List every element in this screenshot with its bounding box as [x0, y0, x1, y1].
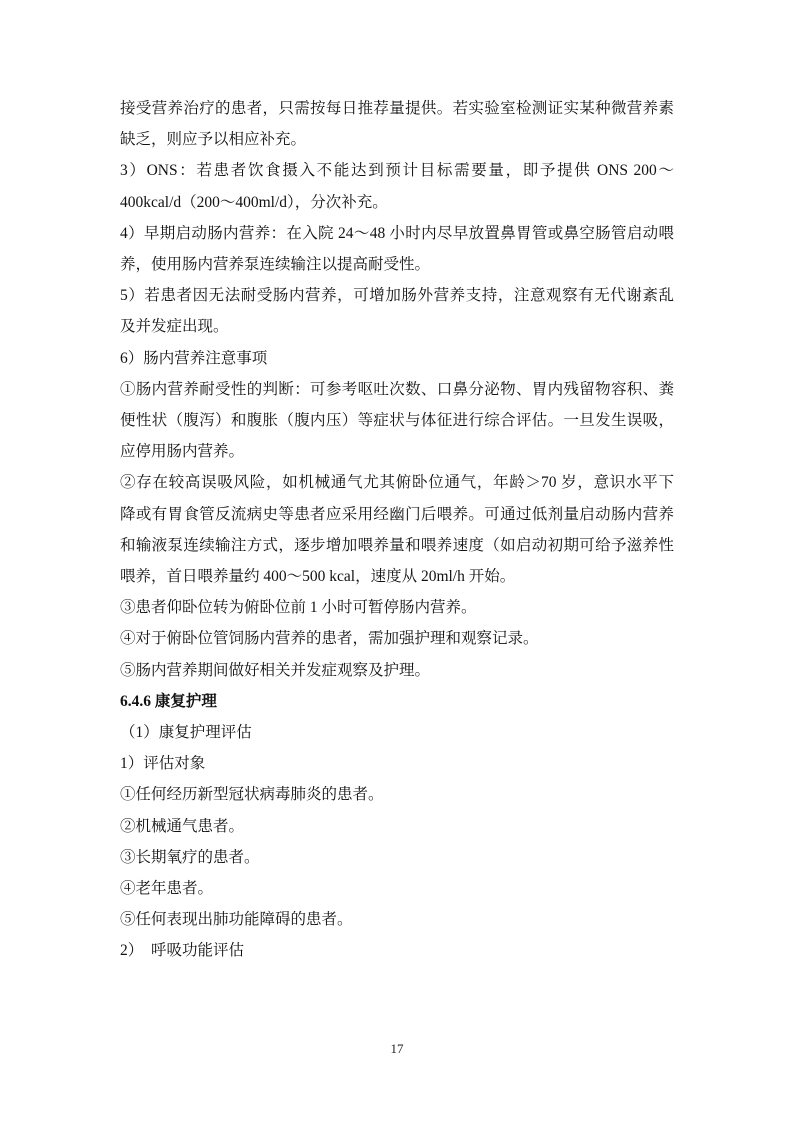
- text-line: ⑤肠内营养期间做好相关并发症观察及护理。: [120, 655, 674, 686]
- text-line: 便性状（腹泻）和腹胀（腹内压）等症状与体征进行综合评估。一旦发生误吸，: [120, 405, 674, 436]
- text-line: 降或有胃食管反流病史等患者应采用经幽门后喂养。可通过低剂量启动肠内营养: [120, 499, 674, 530]
- text-line: 4）早期启动肠内营养：在入院 24～48 小时内尽早放置鼻胃管或鼻空肠管启动喂: [120, 218, 674, 249]
- text-line: 喂养，首日喂养量约 400～500 kcal，速度从 20ml/h 开始。: [120, 561, 674, 592]
- text-line: ③长期氧疗的患者。: [120, 842, 674, 873]
- document-page: 接受营养治疗的患者，只需按每日推荐量提供。若实验室检测证实某种微营养素 缺乏，则…: [0, 0, 794, 1123]
- text-line: ⑤任何表现出肺功能障碍的患者。: [120, 904, 674, 935]
- text-line: ①肠内营养耐受性的判断：可参考呕吐次数、口鼻分泌物、胃内残留物容积、粪: [120, 374, 674, 405]
- section-heading: 6.4.6 康复护理: [120, 686, 674, 717]
- document-body: 接受营养治疗的患者，只需按每日推荐量提供。若实验室检测证实某种微营养素 缺乏，则…: [120, 93, 674, 967]
- text-line: 2） 呼吸功能评估: [120, 935, 674, 966]
- text-line: ②机械通气患者。: [120, 811, 674, 842]
- text-line: 缺乏，则应予以相应补充。: [120, 124, 674, 155]
- text-line: ①任何经历新型冠状病毒肺炎的患者。: [120, 779, 674, 810]
- text-line: ②存在较高误吸风险，如机械通气尤其俯卧位通气，年龄＞70 岁，意识水平下: [120, 467, 674, 498]
- text-line: 400kcal/d（200～400ml/d），分次补充。: [120, 187, 674, 218]
- text-line: ④老年患者。: [120, 873, 674, 904]
- text-line: ③患者仰卧位转为俯卧位前 1 小时可暂停肠内营养。: [120, 592, 674, 623]
- text-line: 1）评估对象: [120, 748, 674, 779]
- text-line: 5）若患者因无法耐受肠内营养，可增加肠外营养支持，注意观察有无代谢紊乱: [120, 280, 674, 311]
- text-line: 3）ONS：若患者饮食摄入不能达到预计目标需要量，即予提供 ONS 200～: [120, 155, 674, 186]
- text-line: （1）康复护理评估: [120, 717, 674, 748]
- text-line: 养，使用肠内营养泵连续输注以提高耐受性。: [120, 249, 674, 280]
- text-line: 应停用肠内营养。: [120, 436, 674, 467]
- text-line: 和输液泵连续输注方式，逐步增加喂养量和喂养速度（如启动初期可给予滋养性: [120, 530, 674, 561]
- text-line: 接受营养治疗的患者，只需按每日推荐量提供。若实验室检测证实某种微营养素: [120, 93, 674, 124]
- page-footer: 17: [0, 1040, 794, 1058]
- page-number: 17: [391, 1041, 404, 1056]
- text-line: 及并发症出现。: [120, 311, 674, 342]
- text-line: 6）肠内营养注意事项: [120, 343, 674, 374]
- text-line: ④对于俯卧位管饲肠内营养的患者，需加强护理和观察记录。: [120, 623, 674, 654]
